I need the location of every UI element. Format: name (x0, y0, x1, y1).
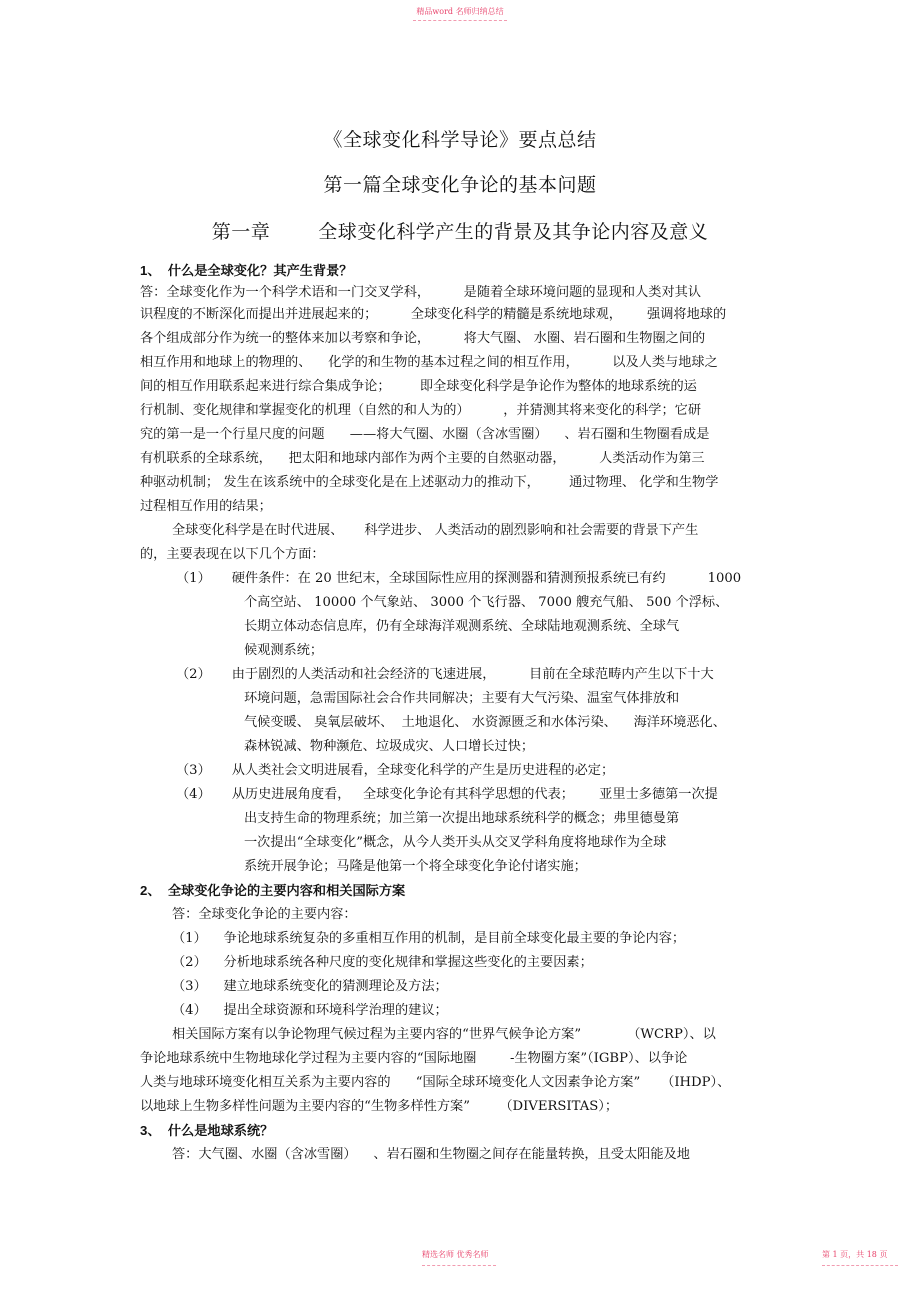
text-line: （2） 由于剧烈的人类活动和社会经济的飞速进展， 目前在全球范畴内产生以下十大 (176, 666, 714, 684)
text-line: 过程相互作用的结果； (140, 498, 272, 516)
footer-left-divider (422, 1265, 496, 1266)
text-line: （4） 提出全球资源和环境科学治理的建议； (172, 1002, 448, 1020)
question-number: 3、 什么是地球系统？ (140, 1123, 273, 1138)
footer-left-text: 精选名师 优秀名师 (422, 1250, 489, 1259)
page-indicator: 第 1 页，共 18 页 (822, 1250, 887, 1259)
text-line: 森林锐减、物种濒危、垃圾成灾、人口增长过快； (244, 738, 534, 756)
question-number: 2、 全球变化争论的主要内容和相关国际方案 (140, 883, 405, 898)
text-line: 候观测系统； (244, 642, 323, 660)
text-line: 答：全球变化争论的主要内容： (172, 906, 357, 924)
text-line: 长期立体动态信息库，仍有全球海洋观测系统、全球陆地观测系统、全球气 (244, 618, 679, 636)
page-header-watermark: 精品word 名师归纳总结 (0, 6, 920, 21)
question-number: 1、 什么是全球变化？其产生背景？ (140, 263, 352, 278)
text-line: 答：大气圈、水圈（含冰雪圈） 、岩石圈和生物圈之间存在能量转换，且受太阳能及地 (172, 1146, 690, 1164)
text-line: 环境问题，急需国际社会合作共同解决；主要有大气污染、温室气体排放和 (244, 690, 679, 708)
text-line: 气候变暖、 臭氧层破坏、 土地退化、 水资源匮乏和水体污染、 海洋环境恶化、 (244, 714, 726, 732)
text-line: （3） 建立地球系统变化的猜测理论及方法； (172, 978, 448, 996)
text-line: 究的第一是一个行星尺度的问题 ——将大气圈、水圈（含冰雪圈） 、岩石圈和生物圈看… (140, 426, 709, 444)
text-line: 有机联系的全球系统， 把太阳和地球内部作为两个主要的自然驱动器， 人类活动作为第… (140, 450, 705, 468)
text-line: 争论地球系统中生物地球化学过程为主要内容的“国际地圈 -生物圈方案”（IGBP）… (140, 1050, 687, 1068)
text-line: 全球变化科学是在时代进展、 科学进步、 人类活动的剧烈影响和社会需要的背景下产生 (172, 522, 698, 540)
text-line: 以地球上生物多样性问题为主要内容的“生物多样性方案” （DIVERSITAS）； (140, 1098, 618, 1116)
header-divider (413, 20, 507, 21)
document-title: 《全球变化科学导论》要点总结 (0, 125, 920, 152)
text-line: 种驱动机制； 发生在该系统中的全球变化是在上述驱动力的推动下， 通过物理、 化学… (140, 474, 718, 492)
text-line: （1） 硬件条件：在 20 世纪末，全球国际性应用的探测器和猜测预报系统已有约 … (176, 570, 741, 588)
text-line: 间的相互作用联系起来进行综合集成争论； 即全球变化科学是争论作为整体的地球系统的… (140, 378, 697, 396)
footer-right-divider (822, 1265, 898, 1266)
text-line: 出支持生命的物理系统；加兰第一次提出地球系统科学的概念；弗里德曼第 (244, 810, 679, 828)
question-heading: 1、 什么是全球变化？其产生背景？ (140, 262, 352, 281)
text-line: 识程度的不断深化而提出并进展起来的； 全球变化科学的精髓是系统地球观， 强调将地… (140, 306, 726, 324)
part-title: 第一篇全球变化争论的基本问题 (0, 170, 920, 197)
text-line: 的，主要表现在以下几个方面： (140, 546, 325, 564)
text-line: 答：全球变化作为一个科学术语和一门交叉学科， 是随着全球环境问题的显现和人类对其… (140, 284, 701, 302)
text-line: 一次提出“全球变化”概念，从今人类开头从交叉学科角度将地球作为全球 (244, 834, 666, 852)
text-line: 各个组成部分作为统一的整体来加以考察和争论， 将大气圈、 水圈、岩石圈和生物圈之… (140, 330, 705, 348)
chapter-name: 全球变化科学产生的背景及其争论内容及意义 (318, 221, 708, 243)
chapter-title: 第一章全球变化科学产生的背景及其争论内容及意义 (0, 217, 920, 244)
question-heading: 2、 全球变化争论的主要内容和相关国际方案 (140, 882, 405, 901)
text-line: （4） 从历史进展角度看， 全球变化争论有其科学思想的代表； 亚里士多德第一次提 (176, 786, 718, 804)
footer-left: 精选名师 优秀名师 (422, 1249, 496, 1266)
text-line: 个高空站、 10000 个气象站、 3000 个飞行器、 7000 艘充气船、 … (244, 594, 728, 612)
question-heading: 3、 什么是地球系统？ (140, 1122, 273, 1141)
text-line: 系统开展争论；马隆是他第一个将全球变化争论付诸实施； (244, 858, 587, 876)
text-line: （3） 从人类社会文明进展看，全球变化科学的产生是历史进程的必定； (176, 762, 614, 780)
text-line: 相互作用和地球上的物理的、 化学的和生物的基本过程之间的相互作用， 以及人类与地… (140, 354, 718, 372)
header-watermark-text: 精品word 名师归纳总结 (416, 7, 503, 16)
chapter-number: 第一章 (212, 221, 271, 243)
footer-page-number: 第 1 页，共 18 页 (822, 1249, 898, 1266)
text-line: 相关国际方案有以争论物理气候过程为主要内容的“世界气候争论方案” （WCRP）、… (172, 1026, 716, 1044)
text-line: （1） 争论地球系统复杂的多重相互作用的机制，是目前全球变化最主要的争论内容； (172, 930, 685, 948)
text-line: （2） 分析地球系统各种尺度的变化规律和掌握这些变化的主要因素； (172, 954, 593, 972)
text-line: 行机制、变化规律和掌握变化的机理（自然的和人为的） ，并猜测其将来变化的科学；它… (140, 402, 701, 420)
text-line: 人类与地球环境变化相互关系为主要内容的 “国际全球环境变化人文因素争论方案” （… (140, 1074, 730, 1092)
